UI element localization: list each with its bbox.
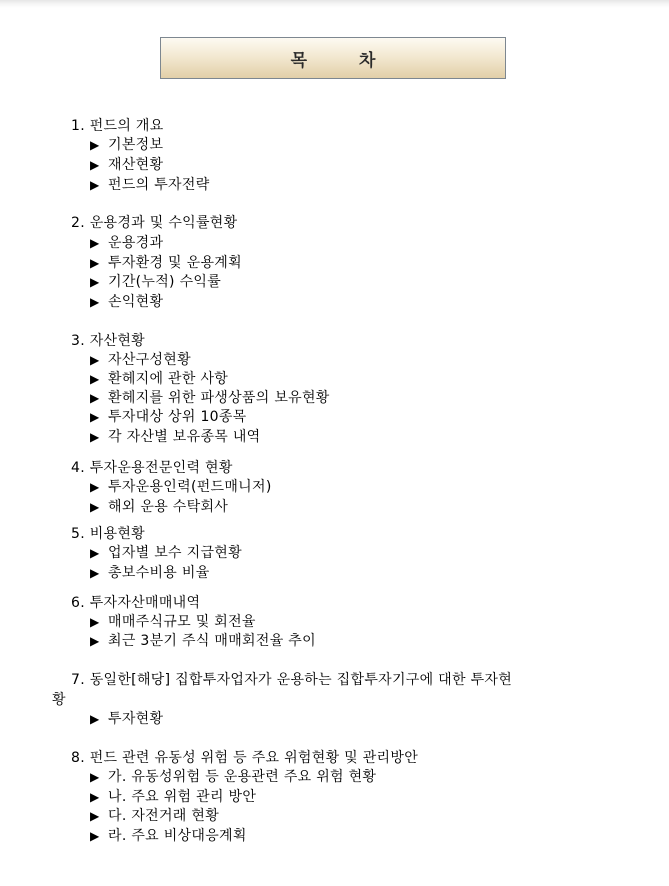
toc-item-label: 기간(누적) 수익률 xyxy=(108,274,221,290)
toc-item[interactable]: ▶총보수비용 비율 xyxy=(90,564,210,583)
toc-item-label: 환헤지에 관한 사항 xyxy=(108,371,228,387)
toc-section-7[interactable]: 7. 동일한[해당] 집합투자업자가 운용하는 집합투자기구에 대한 투자현 xyxy=(71,671,512,690)
arrow-right-icon: ▶ xyxy=(90,544,108,563)
toc-item[interactable]: ▶기간(누적) 수익률 xyxy=(90,273,221,292)
toc-section-2[interactable]: 2. 운용경과 및 수익률현황 xyxy=(71,214,237,233)
arrow-right-icon: ▶ xyxy=(90,428,108,447)
toc-item[interactable]: ▶운용경과 xyxy=(90,234,163,253)
arrow-right-icon: ▶ xyxy=(90,408,108,427)
toc-section-5[interactable]: 5. 비용현황 xyxy=(71,525,145,544)
toc-item-label: 투자운용인력(펀드매니저) xyxy=(108,479,272,495)
arrow-right-icon: ▶ xyxy=(90,234,108,253)
toc-section-1[interactable]: 1. 펀드의 개요 xyxy=(71,117,164,136)
toc-item[interactable]: ▶자산구성현황 xyxy=(90,351,191,370)
toc-item[interactable]: ▶환헤지를 위한 파생상품의 보유현황 xyxy=(90,389,330,408)
arrow-right-icon: ▶ xyxy=(90,136,108,155)
arrow-right-icon: ▶ xyxy=(90,254,108,273)
arrow-right-icon: ▶ xyxy=(90,768,108,787)
arrow-right-icon: ▶ xyxy=(90,632,108,651)
toc-item-label: 투자대상 상위 10종목 xyxy=(108,409,247,425)
top-shadow xyxy=(0,0,669,8)
arrow-right-icon: ▶ xyxy=(90,176,108,195)
arrow-right-icon: ▶ xyxy=(90,827,108,846)
toc-item-label: 환헤지를 위한 파생상품의 보유현황 xyxy=(108,390,330,406)
arrow-right-icon: ▶ xyxy=(90,273,108,292)
arrow-right-icon: ▶ xyxy=(90,807,108,826)
arrow-right-icon: ▶ xyxy=(90,498,108,517)
toc-item[interactable]: ▶업자별 보수 지급현황 xyxy=(90,544,242,563)
arrow-right-icon: ▶ xyxy=(90,788,108,807)
arrow-right-icon: ▶ xyxy=(90,370,108,389)
toc-item-label: 자산구성현황 xyxy=(108,352,191,368)
toc-item[interactable]: ▶환헤지에 관한 사항 xyxy=(90,370,228,389)
toc-item-label: 투자환경 및 운용계획 xyxy=(108,255,242,271)
toc-item[interactable]: ▶투자현황 xyxy=(90,710,163,729)
toc-item[interactable]: ▶나. 주요 위험 관리 방안 xyxy=(90,788,256,807)
arrow-right-icon: ▶ xyxy=(90,293,108,312)
toc-item-label: 재산현황 xyxy=(108,157,163,173)
toc-item-label: 기본정보 xyxy=(108,137,163,153)
toc-item-label: 손익현황 xyxy=(108,294,163,310)
toc-item-label: 최근 3분기 주식 매매회전율 추이 xyxy=(108,633,316,649)
arrow-right-icon: ▶ xyxy=(90,710,108,729)
toc-section-3[interactable]: 3. 자산현황 xyxy=(71,332,145,351)
toc-item-label: 업자별 보수 지급현황 xyxy=(108,545,242,561)
toc-section-6[interactable]: 6. 투자자산매매내역 xyxy=(71,594,200,613)
toc-title-part1: 목 xyxy=(291,46,307,71)
toc-section-8[interactable]: 8. 펀드 관련 유동성 위험 등 주요 위험현황 및 관리방안 xyxy=(71,749,418,768)
toc-item[interactable]: ▶손익현황 xyxy=(90,293,163,312)
toc-item-label: 라. 주요 비상대응계획 xyxy=(108,828,247,844)
toc-item[interactable]: ▶투자환경 및 운용계획 xyxy=(90,254,242,273)
arrow-right-icon: ▶ xyxy=(90,389,108,408)
toc-item[interactable]: ▶펀드의 투자전략 xyxy=(90,176,210,195)
toc-item[interactable]: ▶투자대상 상위 10종목 xyxy=(90,408,247,427)
arrow-right-icon: ▶ xyxy=(90,564,108,583)
toc-item[interactable]: ▶투자운용인력(펀드매니저) xyxy=(90,478,272,497)
toc-item[interactable]: ▶해외 운용 수탁회사 xyxy=(90,498,228,517)
toc-item[interactable]: ▶가. 유동성위험 등 운용관련 주요 위험 현황 xyxy=(90,768,376,787)
toc-item[interactable]: ▶다. 자전거래 현황 xyxy=(90,807,219,826)
toc-section-7-wrap[interactable]: 황 xyxy=(52,691,66,710)
toc-item[interactable]: ▶라. 주요 비상대응계획 xyxy=(90,827,247,846)
toc-item-label: 투자현황 xyxy=(108,711,163,727)
toc-item-label: 해외 운용 수탁회사 xyxy=(108,499,228,515)
arrow-right-icon: ▶ xyxy=(90,613,108,632)
toc-item-label: 다. 자전거래 현황 xyxy=(108,808,219,824)
toc-item[interactable]: ▶매매주식규모 및 회전율 xyxy=(90,613,256,632)
arrow-right-icon: ▶ xyxy=(90,351,108,370)
toc-item[interactable]: ▶최근 3분기 주식 매매회전율 추이 xyxy=(90,632,316,651)
toc-title-box: 목 차 xyxy=(160,37,506,79)
toc-item-label: 각 자산별 보유종목 내역 xyxy=(108,429,261,445)
toc-item-label: 매매주식규모 및 회전율 xyxy=(108,614,256,630)
toc-item-label: 가. 유동성위험 등 운용관련 주요 위험 현황 xyxy=(108,769,376,785)
toc-item[interactable]: ▶재산현황 xyxy=(90,156,163,175)
toc-item-label: 나. 주요 위험 관리 방안 xyxy=(108,789,256,805)
toc-item-label: 펀드의 투자전략 xyxy=(108,177,210,193)
arrow-right-icon: ▶ xyxy=(90,478,108,497)
toc-item-label: 운용경과 xyxy=(108,235,163,251)
toc-section-4[interactable]: 4. 투자운용전문인력 현황 xyxy=(71,459,233,478)
toc-title-part2: 차 xyxy=(359,46,375,71)
toc-item-label: 총보수비용 비율 xyxy=(108,565,210,581)
toc-item[interactable]: ▶기본정보 xyxy=(90,136,163,155)
toc-item[interactable]: ▶각 자산별 보유종목 내역 xyxy=(90,428,261,447)
arrow-right-icon: ▶ xyxy=(90,156,108,175)
